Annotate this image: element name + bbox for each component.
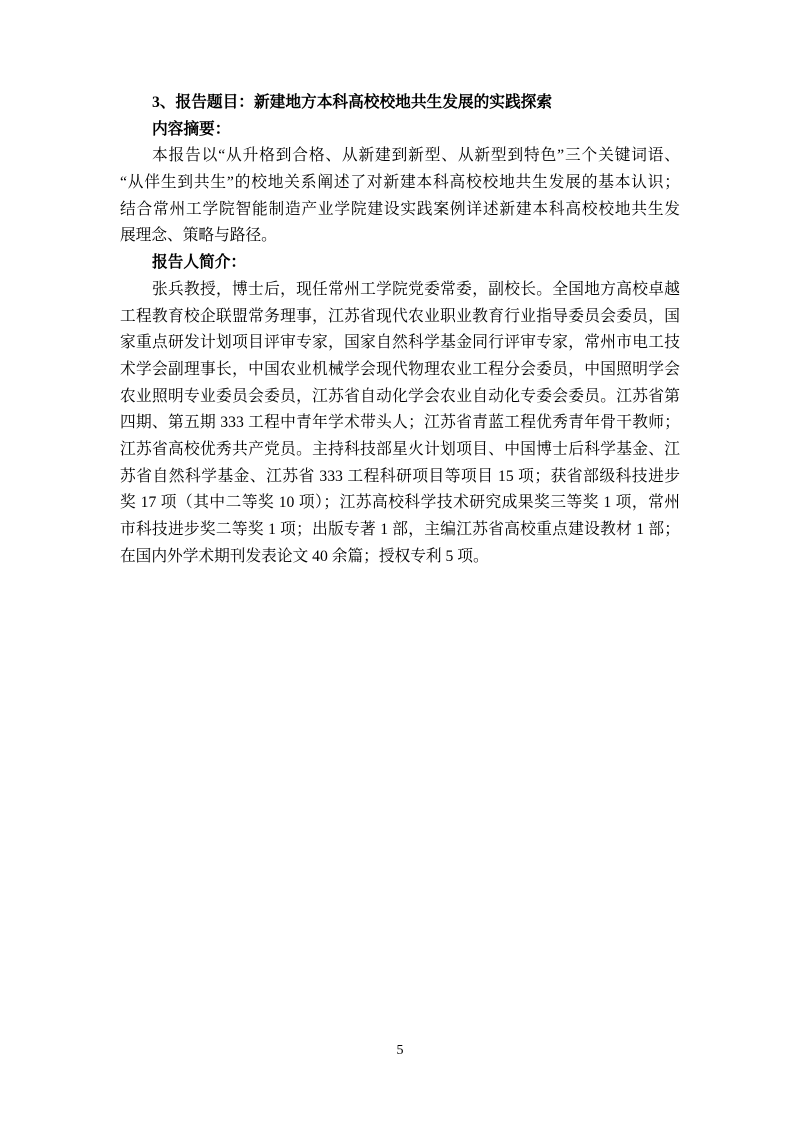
text-line: 张兵教授，博士后，现任常州工学院党委常委，副校长。全国地方高校卓越 <box>120 277 680 304</box>
abstract-paragraph: 本报告以“从升格到合格、从新建到新型、从新型到特色”三个关键词语、 “从伴生到共… <box>120 143 680 250</box>
text-line: 家重点研发计划项目评审专家，国家自然科学基金同行评审专家，常州市电工技 <box>120 330 680 357</box>
text-line: 苏省自然科学基金、江苏省 333 工程科研项目等项目 15 项；获省部级科技进步 <box>120 464 680 491</box>
text-line: 工程教育校企联盟常务理事，江苏省现代农业职业教育行业指导委员会委员，国 <box>120 304 680 331</box>
text-line: 市科技进步奖二等奖 1 项；出版专著 1 部，主编江苏省高校重点建设教材 1 部… <box>120 517 680 544</box>
text-line: 展理念、策略与路径。 <box>120 223 680 250</box>
text-line: 江苏省高校优秀共产党员。主持科技部星火计划项目、中国博士后科学基金、江 <box>120 437 680 464</box>
text-line: 本报告以“从升格到合格、从新建到新型、从新型到特色”三个关键词语、 <box>120 143 680 170</box>
text-line: 术学会副理事长，中国农业机械学会现代物理农业工程分会委员，中国照明学会 <box>120 357 680 384</box>
text-line: 在国内外学术期刊发表论文 40 余篇；授权专利 5 项。 <box>120 544 680 571</box>
report-section: 3、报告题目：新建地方本科高校校地共生发展的实践探索 内容摘要： 本报告以“从升… <box>120 90 680 570</box>
text-line: 四期、第五期 333 工程中青年学术带头人；江苏省青蓝工程优秀青年骨干教师； <box>120 410 680 437</box>
text-line: 结合常州工学院智能制造产业学院建设实践案例详述新建本科高校校地共生发 <box>120 197 680 224</box>
abstract-label: 内容摘要： <box>120 117 680 144</box>
text-line: “从伴生到共生”的校地关系阐述了对新建本科高校校地共生发展的基本认识； <box>120 170 680 197</box>
bio-paragraph: 张兵教授，博士后，现任常州工学院党委常委，副校长。全国地方高校卓越 工程教育校企… <box>120 277 680 571</box>
bio-label: 报告人简介： <box>120 250 680 277</box>
report-title: 3、报告题目：新建地方本科高校校地共生发展的实践探索 <box>120 90 680 117</box>
text-line: 农业照明专业委员会委员，江苏省自动化学会农业自动化专委会委员。江苏省第 <box>120 384 680 411</box>
page-number: 5 <box>0 1041 800 1061</box>
document-page: 3、报告题目：新建地方本科高校校地共生发展的实践探索 内容摘要： 本报告以“从升… <box>0 0 800 1131</box>
text-line: 奖 17 项（其中二等奖 10 项）；江苏高校科学技术研究成果奖三等奖 1 项，… <box>120 490 680 517</box>
